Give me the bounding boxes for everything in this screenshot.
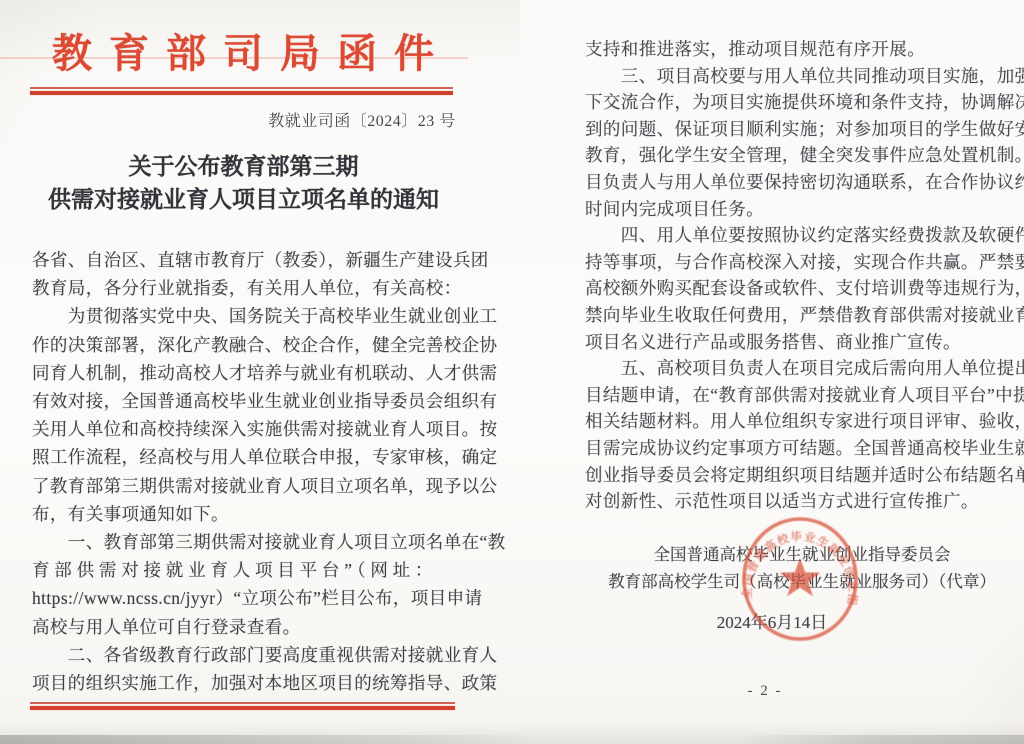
- text-line: 四、用人单位要按照协议约定落实经费拨款及软硬件支: [585, 222, 1019, 249]
- text-line: 了教育部第三期供需对接就业育人项目立项名单，现予以公: [32, 472, 462, 500]
- text-line: 作的决策部署，深化产教融合、校企合作，健全完善校企协: [32, 331, 462, 359]
- document-photo: 教育部司局函件 教就业司函〔2024〕23 号 关于公布教育部第三期 供需对接就…: [0, 0, 1024, 744]
- body-text-page1: 各省、自治区、直辖市教育厅（教委），新疆生产建设兵团教育局，各分行业就指委，有关…: [32, 246, 462, 697]
- notice-title-line2: 供需对接就业育人项目立项名单的通知: [16, 184, 471, 217]
- text-line: 育部供需对接就业育人项目平台”（网址：: [32, 556, 462, 584]
- text-line: 相关结题材料。用人单位组织专家进行项目评审、验收，项: [585, 408, 1019, 435]
- svg-text:全国普通高校毕业生就业创业指导委员会: 全国普通高校毕业生就业创业指导委员会: [736, 514, 860, 607]
- text-line: 照工作流程，经高校与用人单位联合申报，专家审核，确定: [32, 443, 462, 471]
- seal-star-icon: [780, 558, 821, 596]
- page-number: - 2 -: [700, 683, 830, 700]
- text-line: 一、教育部第三期供需对接就业育人项目立项名单在“教: [32, 528, 462, 556]
- text-line: https://www.ncss.cn/jyyr）“立项公布”栏目公布，项目申请: [32, 584, 462, 612]
- text-line: 支持和推进落实，推动项目规范有序开展。: [585, 36, 1019, 63]
- text-line: 禁向毕业生收取任何费用，严禁借教育部供需对接就业育人: [585, 302, 1019, 329]
- official-red-seal-icon: 全国普通高校毕业生就业创业指导委员会: [736, 514, 864, 646]
- text-line: 时间内完成项目任务。: [585, 196, 1019, 223]
- text-line: 布，有关事项通知如下。: [32, 500, 462, 528]
- scan-edge-shadow: [0, 735, 1024, 744]
- text-line: 二、各省级教育行政部门要高度重视供需对接就业育人: [32, 641, 462, 669]
- text-line: 目需完成协议约定事项方可结题。全国普通高校毕业生就业: [585, 435, 1019, 462]
- text-line: 三、项目高校要与用人单位共同推动项目实施，加强线: [585, 63, 1019, 90]
- text-line: 目结题申请，在“教育部供需对接就业育人项目平台”中提交: [585, 382, 1019, 409]
- text-line: 项目的组织实施工作，加强对本地区项目的统筹指导、政策: [32, 669, 462, 697]
- text-line: 对创新性、示范性项目以适当方式进行宣传推广。: [585, 488, 1019, 515]
- text-line: 高校与用人单位可自行登录查看。: [32, 613, 462, 641]
- text-line: 同育人机制，推动高校人才培养与就业有机联动、人才供需: [32, 359, 462, 387]
- text-line: 为贯彻落实党中央、国务院关于高校毕业生就业创业工: [32, 302, 462, 330]
- text-line: 教育，强化学生安全管理，健全突发事件应急处置机制。项: [585, 142, 1019, 169]
- text-line: 创业指导委员会将定期组织项目结题并适时公布结题名单，: [585, 462, 1019, 489]
- body-text-page2: 支持和推进落实，推动项目规范有序开展。 三、项目高校要与用人单位共同推动项目实施…: [585, 36, 1019, 515]
- text-line: 到的问题、保证项目顺利实施；对参加项目的学生做好安全: [585, 116, 1019, 143]
- text-line: 目负责人与用人单位要保持密切沟通联系，在合作协议约定: [585, 169, 1019, 196]
- letterhead-title: 教育部司局函件: [28, 22, 458, 79]
- footer-rule: [30, 702, 455, 710]
- text-line: 下交流合作，为项目实施提供环境和条件支持，协调解决遇: [585, 89, 1019, 116]
- text-line: 持等事项，与合作高校深入对接，实现合作共赢。严禁要求: [585, 249, 1019, 276]
- text-line: 有效对接，全国普通高校毕业生就业创业指导委员会组织有: [32, 387, 462, 415]
- seal-ring-text: 全国普通高校毕业生就业创业指导委员会: [736, 514, 860, 607]
- text-line: 五、高校项目负责人在项目完成后需向用人单位提出项: [585, 355, 1019, 382]
- text-line: 高校额外购买配套设备或软件、支付培训费等违规行为，严: [585, 275, 1019, 302]
- doc-number: 教就业司函〔2024〕23 号: [262, 108, 462, 131]
- notice-title-line1: 关于公布教育部第三期: [16, 151, 471, 184]
- notice-title: 关于公布教育部第三期 供需对接就业育人项目立项名单的通知: [16, 151, 471, 217]
- text-line: 项目名义进行产品或服务搭售、商业推广宣传。: [585, 329, 1019, 356]
- letterhead-rule: [30, 87, 453, 95]
- text-line: 教育局，各分行业就指委，有关用人单位，有关高校：: [32, 274, 462, 302]
- text-line: 关用人单位和高校持续深入实施供需对接就业育人项目。按: [32, 415, 462, 443]
- text-line: 各省、自治区、直辖市教育厅（教委），新疆生产建设兵团: [32, 246, 462, 274]
